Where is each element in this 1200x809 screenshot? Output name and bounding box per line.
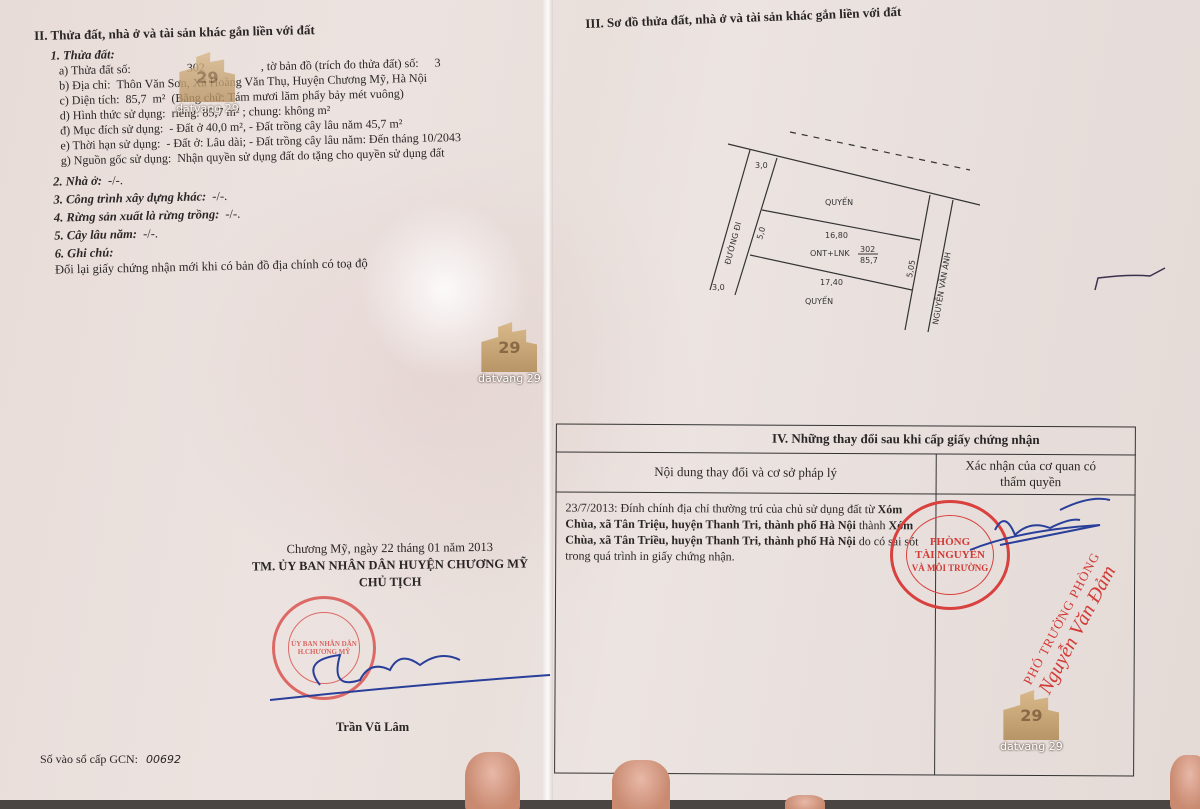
neighbor-bottom: QUYẾN (805, 295, 833, 306)
official-signature (960, 490, 1140, 570)
registry-value: 00692 (146, 753, 181, 766)
item-label: 3. Công trình xây dựng khác: (53, 189, 206, 207)
finger (1170, 755, 1200, 809)
land-code: ONT+LNK (810, 249, 850, 258)
map-sheet: 3 (434, 55, 440, 70)
section-3-title: III. Sơ đồ thửa đất, nhà ở và tài sản kh… (585, 4, 902, 32)
origin-label: g) Nguồn gốc sử dụng: (61, 151, 172, 168)
building-icon: 29 (1003, 690, 1059, 740)
watermark-logo: 29 datvang 29 (478, 322, 541, 385)
change-text-1: Đính chính địa chỉ thường trú của chủ sử… (620, 501, 877, 516)
table-header: Nội dung thay đổi và cơ sở pháp lý Xác n… (556, 451, 1136, 495)
watermark-brand: datvang 29 (1000, 740, 1063, 753)
section-4-title: IV. Những thay đổi sau khi cấp giấy chứn… (556, 423, 1136, 455)
item-value: -/-. (143, 226, 158, 241)
col-confirmation-header: Xác nhận của cơ quan có thẩm quyền (956, 458, 1106, 491)
finger (465, 752, 520, 809)
pen-mark (1090, 260, 1170, 300)
bottom-edge-length: 17,40 (820, 278, 843, 287)
watermark-logo: 29 datvang 29 (1000, 690, 1063, 753)
item-label: 5. Cây lâu năm: (54, 227, 137, 244)
other-assets-list: 2. Nhà ở:-/-. 3. Công trình xây dựng khá… (37, 164, 539, 277)
item-label: 2. Nhà ở: (53, 174, 102, 190)
parcel-area-fraction: 85,7 (860, 256, 878, 265)
finger (785, 795, 825, 809)
item-value: -/-. (225, 207, 240, 222)
registry-number: Số vào sổ cấp GCN:00692 (40, 752, 181, 767)
neighbor-right: NGUYỄN VĂN ÁNH (928, 251, 953, 325)
watermark-brand: datvang 29 (478, 372, 541, 385)
change-date: 23/7/2013: (565, 501, 617, 515)
parcel-number-label: a) Thửa đất số: (59, 62, 131, 79)
address-label: b) Địa chỉ: (59, 77, 111, 93)
parcel-number-fraction: 302 (860, 245, 875, 254)
neighbor-top: QUYẾN (825, 196, 853, 207)
building-icon: 29 (179, 52, 235, 102)
signer-name: Trần Vũ Lâm (336, 720, 409, 735)
watermark-logo: 29 datvang 29 (176, 52, 239, 115)
area-label: c) Diện tích: (59, 92, 119, 108)
registry-label: Số vào sổ cấp GCN: (40, 752, 138, 766)
col-changes-header: Nội dung thay đổi và cơ sở pháp lý (556, 451, 936, 493)
area-unit: m² (152, 91, 165, 106)
item-label: 4. Rừng sản xuất là rừng trồng: (54, 207, 220, 225)
road-width-top: 3,0 (755, 161, 768, 170)
road-label: ĐƯỜNG ĐI (721, 221, 743, 266)
finger (612, 760, 670, 809)
building-icon: 29 (481, 322, 537, 372)
land-plot-diagram: 3,0 3,0 QUYẾN 16,80 ONT+LNK 302 85,7 17,… (700, 130, 980, 340)
area-value: 85,7 (125, 92, 146, 107)
side-left-length: 5,0 (755, 226, 767, 241)
road-width-bottom: 3,0 (712, 283, 725, 292)
table-row: 23/7/2013: Đính chính địa chỉ thường trú… (565, 500, 935, 566)
watermark-brand: datvang 29 (176, 102, 239, 115)
certificate-paper: II. Thửa đất, nhà ở và tài sản khác gắn … (0, 0, 1200, 800)
section-land-info: II. Thửa đất, nhà ở và tài sản khác gắn … (34, 18, 539, 281)
chairman-signature (260, 630, 560, 710)
item-value: -/-. (108, 173, 123, 188)
item-value: -/-. (212, 189, 227, 204)
change-text-2: thành (856, 518, 889, 532)
signature-block: Chương Mỹ, ngày 22 tháng 01 năm 2013 TM.… (210, 538, 571, 593)
top-edge-length: 16,80 (825, 231, 848, 240)
